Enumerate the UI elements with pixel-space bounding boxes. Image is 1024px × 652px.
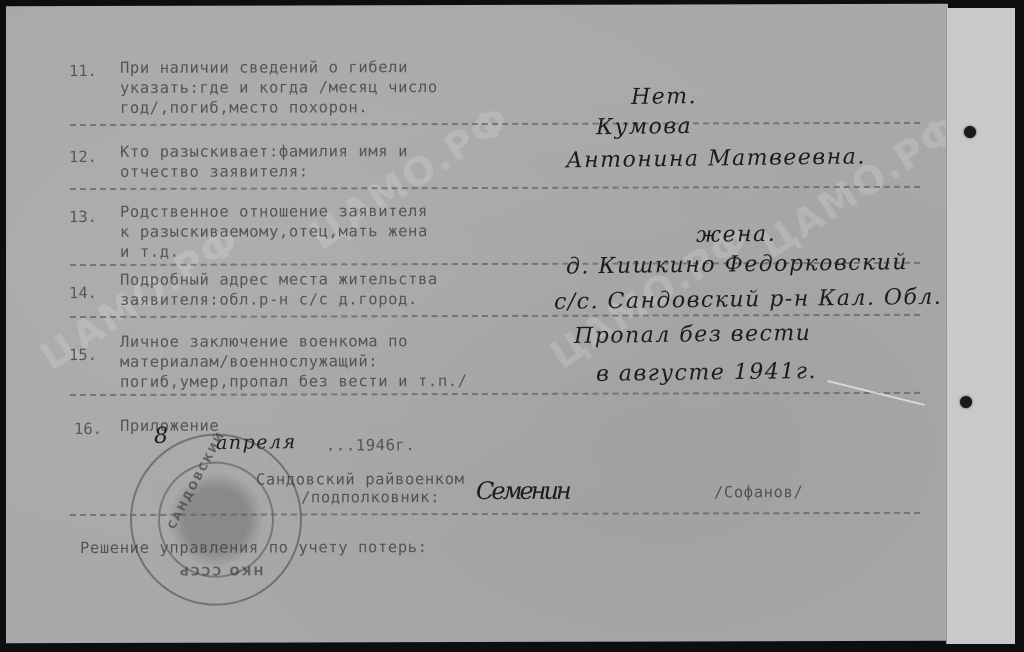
- item-13-answer: жена.: [696, 222, 776, 248]
- item-16-line-1: Приложение: [120, 416, 219, 436]
- official-stamp: САНДОВСКИЙ НКО СССР: [130, 433, 302, 605]
- divider: [70, 186, 920, 190]
- document-page: ЦАМО.РФ ЦАМО.РФ ЦАМО.РФ ЦАМО.РФ 11. При …: [6, 4, 948, 643]
- handwritten-signature: Семенин: [476, 477, 569, 505]
- punch-hole: [964, 126, 976, 138]
- item-14-answer-district: с/с. Сандовский р-н Кал. Обл.: [554, 285, 943, 315]
- item-12-line-1: Кто разыскивает:фамилия имя и: [120, 141, 408, 162]
- divider: [70, 314, 920, 318]
- date-year: ...1946г.: [326, 435, 415, 455]
- item-14-line-1: Подробный адрес места жительства: [120, 269, 438, 290]
- item-15-line-3: погиб,умер,пропал без вести и т.п./: [120, 371, 468, 392]
- signature-title-line-2: /подполковник:: [301, 487, 440, 507]
- item-13-line-3: и т.д.: [120, 242, 180, 262]
- item-13-line-2: к разыскиваемому,отец,мать жена: [120, 221, 428, 242]
- item-number-14: 14.: [69, 284, 97, 302]
- item-15-line-1: Личное заключение военкома по: [120, 331, 408, 352]
- item-13-line-1: Родственное отношение заявителя: [120, 201, 428, 222]
- item-15-answer-status: Пропал без вести: [574, 321, 812, 349]
- item-11-line-3: год/,погиб,место похорон.: [120, 97, 368, 118]
- binding-strip: [946, 8, 1015, 644]
- item-number-16: 16.: [74, 420, 102, 438]
- item-12-line-2: отчество заявителя:: [120, 161, 309, 181]
- item-11-line-2: указать:где и когда /месяц число: [120, 77, 438, 98]
- item-number-11: 11.: [69, 62, 97, 80]
- item-number-15: 15.: [69, 346, 97, 364]
- date-day: 8: [154, 424, 170, 449]
- item-15-line-2: материалам/военнослужащий:: [120, 351, 378, 372]
- item-11-answer: Нет.: [631, 84, 697, 110]
- punch-hole: [960, 396, 972, 408]
- signatory-name: /Софанов/: [714, 482, 803, 502]
- item-11-line-1: При наличии сведений о гибели: [120, 57, 408, 78]
- footer-decision-line: Решение управления по учету потерь:: [80, 537, 428, 558]
- item-14-line-2: заявителя:обл.р-н с/с д.город.: [120, 289, 418, 310]
- stamp-bottom-text: НКО СССР: [178, 564, 263, 578]
- item-number-12: 12.: [69, 148, 97, 166]
- item-12-answer-surname: Кумова: [596, 114, 692, 140]
- item-12-answer-name: Антонина Матвеевна.: [566, 144, 866, 173]
- item-number-13: 13.: [69, 208, 97, 226]
- item-14-answer-village: д. Кишкино Федорковский: [566, 250, 908, 279]
- item-15-answer-date: в августе 1941г.: [596, 359, 817, 387]
- divider: [70, 392, 920, 396]
